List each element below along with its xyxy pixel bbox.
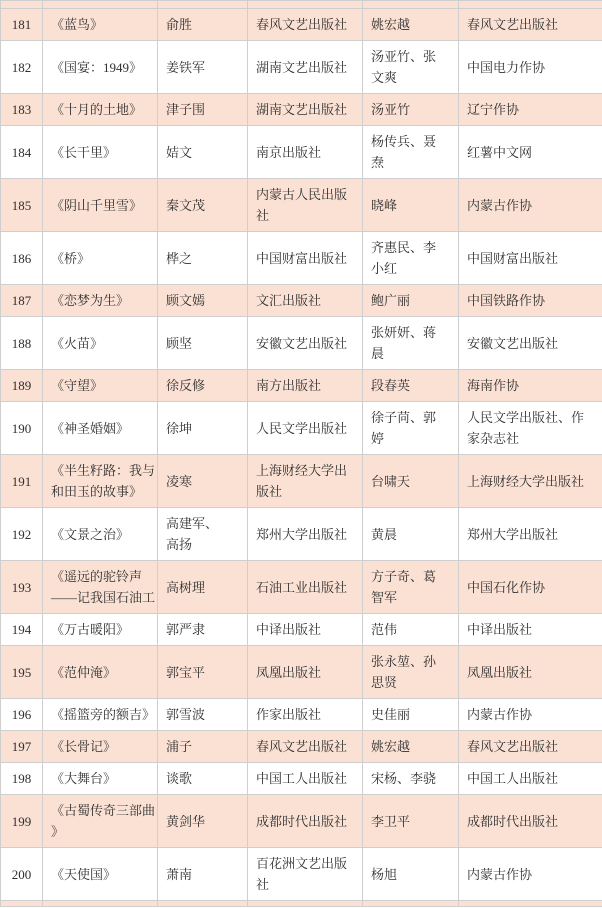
cell-org: 安徽文艺出版社 [459, 317, 602, 370]
table-row: 181《蓝鸟》俞胜春风文艺出版社姚宏越春风文艺出版社 [1, 9, 602, 41]
cell-author: 高树理 [158, 561, 248, 614]
partial-cell [158, 1, 248, 9]
cell-author: 徐反修 [158, 370, 248, 402]
cell-editors: 晓峰 [363, 179, 459, 232]
cell-author: 黄剑华 [158, 795, 248, 848]
cell-editors: 宋杨、李骁 [363, 763, 459, 795]
cell-org: 中国铁路作协 [459, 285, 602, 317]
cell-editors: 台啸天 [363, 455, 459, 508]
partial-cell [248, 1, 363, 9]
cell-editors: 史佳丽 [363, 699, 459, 731]
cell-editors: 杨旭 [363, 848, 459, 901]
cell-title: 《国宴：1949》 [43, 41, 158, 94]
cell-number: 181 [1, 9, 43, 41]
cell-number: 182 [1, 41, 43, 94]
table-row: 184《长干里》姞文南京出版社杨传兵、聂 焘红薯中文网 [1, 126, 602, 179]
cell-author: 顾文嫣 [158, 285, 248, 317]
partial-cell [1, 1, 43, 9]
cell-title: 《范仲淹》 [43, 646, 158, 699]
cell-publisher: 湖南文艺出版社 [248, 94, 363, 126]
cell-title: 《长干里》 [43, 126, 158, 179]
cell-author: 谈歌 [158, 763, 248, 795]
cell-editors: 徐子苘、郭 婷 [363, 402, 459, 455]
cell-title: 《大舞台》 [43, 763, 158, 795]
cell-publisher: 郑州大学出版社 [248, 508, 363, 561]
table-body: 181《蓝鸟》俞胜春风文艺出版社姚宏越春风文艺出版社182《国宴：1949》姜铁… [1, 1, 602, 907]
cell-editors: 段春英 [363, 370, 459, 402]
cell-author: 郭严隶 [158, 614, 248, 646]
cell-title: 《守望》 [43, 370, 158, 402]
cell-org: 春风文艺出版社 [459, 9, 602, 41]
cell-author: 姞文 [158, 126, 248, 179]
cell-org: 成都时代出版社 [459, 795, 602, 848]
cell-editors: 鲍广丽 [363, 285, 459, 317]
cell-editors: 杨传兵、聂 焘 [363, 126, 459, 179]
cell-editors: 黄晨 [363, 508, 459, 561]
cell-org: 中国财富出版社 [459, 232, 602, 285]
table-row: 200《天使国》萧南百花洲文艺出版 社杨旭内蒙古作协 [1, 848, 602, 901]
cell-author: 浦子 [158, 731, 248, 763]
partial-cell [248, 901, 363, 907]
cell-editors: 范伟 [363, 614, 459, 646]
cell-number: 187 [1, 285, 43, 317]
partial-cell [459, 1, 602, 9]
cell-number: 200 [1, 848, 43, 901]
cell-number: 198 [1, 763, 43, 795]
cell-org: 人民文学出版社、作 家杂志社 [459, 402, 602, 455]
cell-title: 《蓝鸟》 [43, 9, 158, 41]
cell-author: 凌寒 [158, 455, 248, 508]
cell-title: 《长骨记》 [43, 731, 158, 763]
table-row: 197《长骨记》浦子春风文艺出版社姚宏越春风文艺出版社 [1, 731, 602, 763]
cell-org: 中国工人出版社 [459, 763, 602, 795]
cell-number: 191 [1, 455, 43, 508]
cell-publisher: 作家出版社 [248, 699, 363, 731]
table-row: 190《神圣婚姻》徐坤人民文学出版社徐子苘、郭 婷人民文学出版社、作 家杂志社 [1, 402, 602, 455]
cell-title: 《万古暖阳》 [43, 614, 158, 646]
cell-author: 郭雪波 [158, 699, 248, 731]
cell-org: 中国电力作协 [459, 41, 602, 94]
cell-author: 秦文茂 [158, 179, 248, 232]
cell-editors: 张永堃、孙 思贤 [363, 646, 459, 699]
cell-publisher: 中译出版社 [248, 614, 363, 646]
partial-cell [1, 901, 43, 907]
cell-publisher: 文汇出版社 [248, 285, 363, 317]
cell-editors: 李卫平 [363, 795, 459, 848]
cell-title: 《桥》 [43, 232, 158, 285]
document-page: 181《蓝鸟》俞胜春风文艺出版社姚宏越春风文艺出版社182《国宴：1949》姜铁… [0, 0, 602, 908]
cell-title: 《古蜀传奇三部曲 》 [43, 795, 158, 848]
cell-org: 内蒙古作协 [459, 699, 602, 731]
cell-org: 辽宁作协 [459, 94, 602, 126]
partial-cell [43, 1, 158, 9]
partial-cell [459, 901, 602, 907]
cell-publisher: 凤凰出版社 [248, 646, 363, 699]
cell-number: 199 [1, 795, 43, 848]
table-row: 192《文景之治》高建军、 高扬郑州大学出版社黄晨郑州大学出版社 [1, 508, 602, 561]
cell-publisher: 南方出版社 [248, 370, 363, 402]
table-row: 193《遥远的驼铃声 ——记我国石油工高树理石油工业出版社方子奇、葛 智军中国石… [1, 561, 602, 614]
partial-row [1, 1, 602, 9]
cell-title: 《半生籽路：我与 和田玉的故事》 [43, 455, 158, 508]
cell-author: 徐坤 [158, 402, 248, 455]
cell-publisher: 成都时代出版社 [248, 795, 363, 848]
cell-number: 193 [1, 561, 43, 614]
cell-title: 《十月的土地》 [43, 94, 158, 126]
cell-publisher: 上海财经大学出 版社 [248, 455, 363, 508]
table-row: 188《火苗》顾坚安徽文艺出版社张妍妍、蒋 晨安徽文艺出版社 [1, 317, 602, 370]
cell-publisher: 内蒙古人民出版 社 [248, 179, 363, 232]
cell-org: 中译出版社 [459, 614, 602, 646]
cell-title: 《阴山千里雪》 [43, 179, 158, 232]
table-row: 198《大舞台》谈歌中国工人出版社宋杨、李骁中国工人出版社 [1, 763, 602, 795]
cell-editors: 姚宏越 [363, 731, 459, 763]
cell-org: 中国石化作协 [459, 561, 602, 614]
cell-title: 《神圣婚姻》 [43, 402, 158, 455]
partial-cell [43, 901, 158, 907]
cell-publisher: 春风文艺出版社 [248, 731, 363, 763]
cell-number: 195 [1, 646, 43, 699]
partial-row [1, 901, 602, 907]
cell-editors: 齐惠民、李 小红 [363, 232, 459, 285]
cell-org: 春风文艺出版社 [459, 731, 602, 763]
cell-publisher: 人民文学出版社 [248, 402, 363, 455]
cell-publisher: 春风文艺出版社 [248, 9, 363, 41]
cell-author: 姜铁军 [158, 41, 248, 94]
cell-org: 凤凰出版社 [459, 646, 602, 699]
table-row: 196《摇篮旁的额吉》郭雪波作家出版社史佳丽内蒙古作协 [1, 699, 602, 731]
cell-publisher: 石油工业出版社 [248, 561, 363, 614]
cell-org: 海南作协 [459, 370, 602, 402]
cell-title: 《天使国》 [43, 848, 158, 901]
cell-editors: 张妍妍、蒋 晨 [363, 317, 459, 370]
table-row: 187《恋梦为生》顾文嫣文汇出版社鲍广丽中国铁路作协 [1, 285, 602, 317]
cell-number: 188 [1, 317, 43, 370]
cell-title: 《恋梦为生》 [43, 285, 158, 317]
books-table: 181《蓝鸟》俞胜春风文艺出版社姚宏越春风文艺出版社182《国宴：1949》姜铁… [0, 0, 602, 907]
cell-number: 196 [1, 699, 43, 731]
cell-number: 184 [1, 126, 43, 179]
cell-org: 郑州大学出版社 [459, 508, 602, 561]
cell-author: 顾坚 [158, 317, 248, 370]
cell-number: 185 [1, 179, 43, 232]
cell-author: 桦之 [158, 232, 248, 285]
cell-publisher: 百花洲文艺出版 社 [248, 848, 363, 901]
partial-cell [363, 1, 459, 9]
table-row: 199《古蜀传奇三部曲 》黄剑华成都时代出版社李卫平成都时代出版社 [1, 795, 602, 848]
cell-org: 上海财经大学出版社 [459, 455, 602, 508]
partial-cell [158, 901, 248, 907]
cell-number: 192 [1, 508, 43, 561]
table-row: 185《阴山千里雪》秦文茂内蒙古人民出版 社晓峰内蒙古作协 [1, 179, 602, 232]
cell-org: 红薯中文网 [459, 126, 602, 179]
cell-title: 《文景之治》 [43, 508, 158, 561]
cell-number: 197 [1, 731, 43, 763]
cell-editors: 汤亚竹 [363, 94, 459, 126]
table-row: 189《守望》徐反修南方出版社段春英海南作协 [1, 370, 602, 402]
partial-cell [363, 901, 459, 907]
cell-number: 189 [1, 370, 43, 402]
cell-publisher: 中国财富出版社 [248, 232, 363, 285]
table-row: 191《半生籽路：我与 和田玉的故事》凌寒上海财经大学出 版社台啸天上海财经大学… [1, 455, 602, 508]
cell-editors: 方子奇、葛 智军 [363, 561, 459, 614]
cell-publisher: 湖南文艺出版社 [248, 41, 363, 94]
cell-title: 《火苗》 [43, 317, 158, 370]
cell-editors: 姚宏越 [363, 9, 459, 41]
cell-publisher: 中国工人出版社 [248, 763, 363, 795]
cell-title: 《摇篮旁的额吉》 [43, 699, 158, 731]
cell-number: 186 [1, 232, 43, 285]
cell-org: 内蒙古作协 [459, 848, 602, 901]
cell-publisher: 南京出版社 [248, 126, 363, 179]
cell-number: 190 [1, 402, 43, 455]
cell-author: 俞胜 [158, 9, 248, 41]
cell-author: 萧南 [158, 848, 248, 901]
cell-org: 内蒙古作协 [459, 179, 602, 232]
cell-author: 津子围 [158, 94, 248, 126]
cell-number: 183 [1, 94, 43, 126]
table-row: 195《范仲淹》郭宝平凤凰出版社张永堃、孙 思贤凤凰出版社 [1, 646, 602, 699]
table-row: 182《国宴：1949》姜铁军湖南文艺出版社汤亚竹、张 文爽中国电力作协 [1, 41, 602, 94]
cell-publisher: 安徽文艺出版社 [248, 317, 363, 370]
cell-author: 郭宝平 [158, 646, 248, 699]
cell-author: 高建军、 高扬 [158, 508, 248, 561]
cell-editors: 汤亚竹、张 文爽 [363, 41, 459, 94]
cell-number: 194 [1, 614, 43, 646]
table-row: 183《十月的土地》津子围湖南文艺出版社汤亚竹辽宁作协 [1, 94, 602, 126]
table-row: 194《万古暖阳》郭严隶中译出版社范伟中译出版社 [1, 614, 602, 646]
cell-title: 《遥远的驼铃声 ——记我国石油工 [43, 561, 158, 614]
table-row: 186《桥》桦之中国财富出版社齐惠民、李 小红中国财富出版社 [1, 232, 602, 285]
